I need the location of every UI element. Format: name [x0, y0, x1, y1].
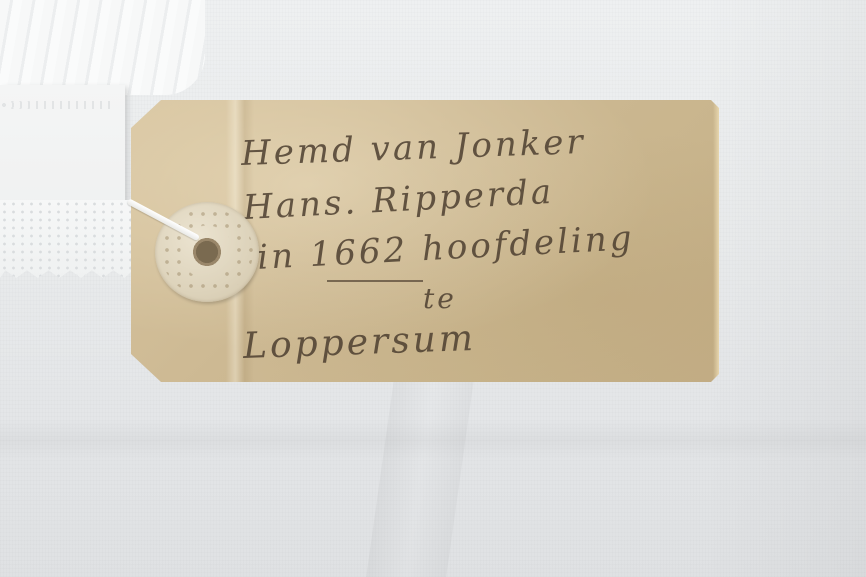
inscription-line-2: Hans. Ripperda	[242, 172, 555, 228]
linen-fold	[700, 0, 866, 577]
gathered-sleeve	[0, 0, 205, 95]
cuff-stitching	[0, 101, 115, 109]
inscription-line-1: Hemd van Jonker	[240, 122, 586, 174]
year-underline	[327, 280, 423, 282]
embossed-dots	[161, 208, 253, 296]
lace-trim	[0, 200, 135, 278]
inscription-line-3: in 1662 hoofdeling	[256, 218, 635, 278]
reinforced-eyelet-icon	[155, 202, 259, 302]
inscription-line-5: Loppersum	[242, 318, 476, 367]
inscription-line-4: te	[423, 282, 457, 315]
linen-fold	[366, 380, 474, 577]
